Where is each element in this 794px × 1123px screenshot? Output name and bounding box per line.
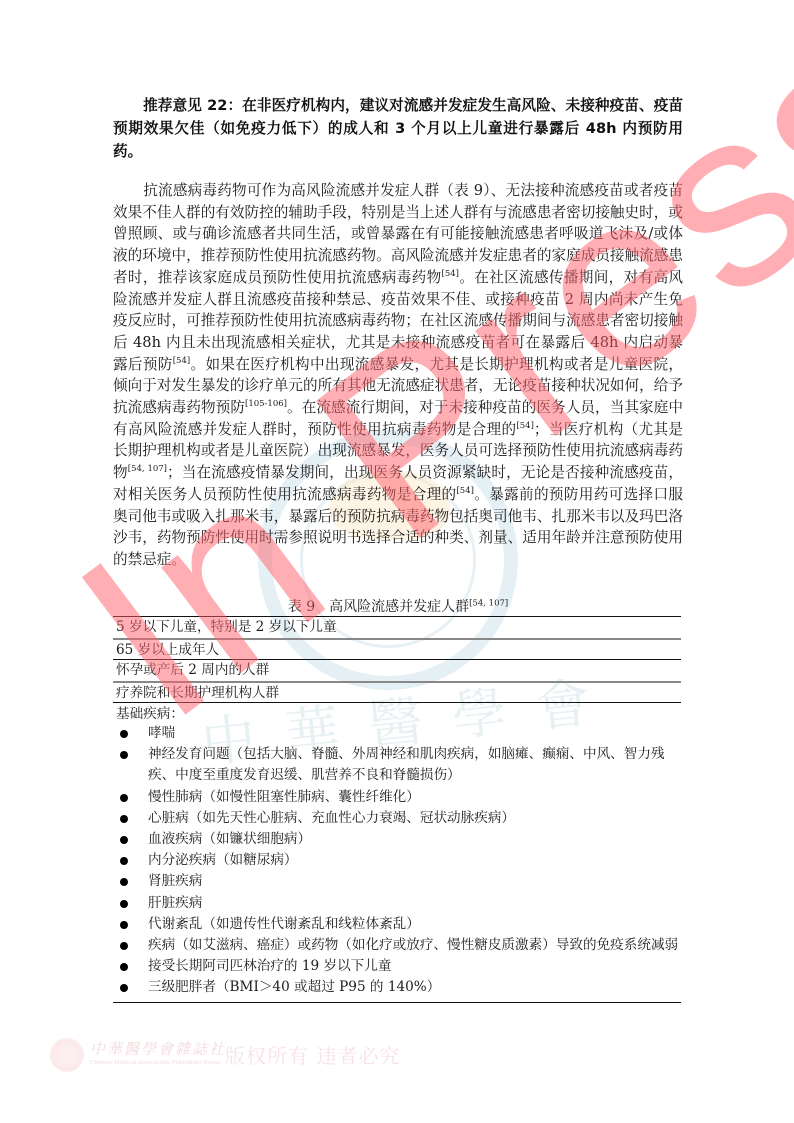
- publisher-footer: 中華醫學會雜誌社 Chinese Medical Association Pub…: [50, 1036, 350, 1076]
- publisher-name-en: Chinese Medical Association Publishing H…: [90, 1060, 221, 1066]
- list-item: 三级肥胖者（BMI＞40 或超过 P95 的 140%）: [113, 977, 681, 998]
- conditions-header: 基础疾病：: [113, 703, 681, 723]
- list-item-text: 心脏病（如先天性心脏病、充血性心力衰竭、冠状动脉疾病）: [148, 810, 515, 826]
- citation-ref: [54, 107]: [128, 464, 167, 474]
- bullet-icon: [120, 794, 128, 802]
- citation-ref: [54]: [516, 421, 533, 431]
- list-item-text: 疾病（如艾滋病、癌症）或药物（如化疗或放疗、慢性糖皮质激素）导致的免疫系统减弱: [148, 937, 678, 953]
- bullet-icon: [120, 878, 128, 886]
- list-item: 内分泌疾病（如糖尿病）: [113, 850, 681, 871]
- conditions-list: 哮喘 神经发育问题（包括大脑、脊髓、外周神经和肌肉疾病，如脑瘫、癫痫、中风、智力…: [113, 723, 681, 999]
- list-item-text: 哮喘: [148, 725, 175, 741]
- table-bottom-rule: [113, 1002, 681, 1003]
- bullet-icon: [120, 900, 128, 908]
- list-item-text: 接受长期阿司匹林治疗的 19 岁以下儿童: [148, 958, 391, 974]
- list-item: 疾病（如艾滋病、癌症）或药物（如化疗或放疗、慢性糖皮质激素）导致的免疫系统减弱: [113, 935, 681, 956]
- bullet-icon: [120, 836, 128, 844]
- list-item: 肾脏疾病: [113, 871, 681, 892]
- table-row: 5 岁以下儿童，特别是 2 岁以下儿童: [113, 616, 681, 638]
- list-item: 神经发育问题（包括大脑、脊髓、外周神经和肌肉疾病，如脑瘫、癫痫、中风、智力残疾、…: [113, 744, 681, 786]
- list-item-text: 肾脏疾病: [148, 873, 202, 889]
- high-risk-groups-table: 5 岁以下儿童，特别是 2 岁以下儿童 65 岁以上成年人 怀孕或产后 2 周内…: [113, 616, 681, 1003]
- bullet-icon: [120, 815, 128, 823]
- table-caption-text: 表 9 高风险流感并发症人群: [288, 599, 469, 615]
- list-item: 血液疾病（如镰状细胞病）: [113, 829, 681, 850]
- list-item: 肝脏疾病: [113, 893, 681, 914]
- table-row: 怀孕或产后 2 周内的人群: [113, 659, 681, 681]
- list-item-text: 慢性肺病（如慢性阻塞性肺病、囊性纤维化）: [148, 789, 420, 805]
- list-item: 哮喘: [113, 723, 681, 744]
- table-caption: 表 9 高风险流感并发症人群[54, 107]: [113, 596, 683, 616]
- publisher-logo-icon: [50, 1038, 84, 1072]
- citation-ref: [54]: [173, 356, 190, 366]
- bullet-icon: [120, 942, 128, 950]
- bullet-icon: [120, 984, 128, 992]
- bullet-icon: [120, 963, 128, 971]
- list-item-text: 肝脏疾病: [148, 895, 202, 911]
- list-item-text: 内分泌疾病（如糖尿病）: [148, 852, 298, 868]
- copyright-notice: 版权所有 违者必究: [225, 1040, 400, 1069]
- table-row: 65 岁以上成年人: [113, 638, 681, 660]
- list-item: 心脏病（如先天性心脏病、充血性心力衰竭、冠状动脉疾病）: [113, 808, 681, 829]
- table-row: 疗养院和长期护理机构人群: [113, 681, 681, 703]
- citation-ref: [105-106]: [245, 399, 287, 409]
- list-item: 慢性肺病（如慢性阻塞性肺病、囊性纤维化）: [113, 787, 681, 808]
- list-item-text: 代谢紊乱（如遗传性代谢紊乱和线粒体紊乱）: [148, 916, 420, 932]
- bullet-icon: [120, 857, 128, 865]
- body-paragraph: 抗流感病毒药物可作为高风险流感并发症人群（表 9）、无法接种流感疫苗或者疫苗效果…: [113, 180, 683, 571]
- list-item: 代谢紊乱（如遗传性代谢紊乱和线粒体紊乱）: [113, 914, 681, 935]
- list-item-text: 血液疾病（如镰状细胞病）: [148, 831, 311, 847]
- publisher-name-cn: 中華醫學會雜誌社: [90, 1038, 226, 1059]
- recommendation-22: 推荐意见 22：在非医疗机构内，建议对流感并发症发生高风险、未接种疫苗、疫苗预期…: [113, 94, 683, 163]
- bullet-icon: [120, 921, 128, 929]
- citation-ref: [54]: [442, 269, 459, 279]
- recommendation-text: 推荐意见 22：在非医疗机构内，建议对流感并发症发生高风险、未接种疫苗、疫苗预期…: [113, 97, 683, 160]
- list-item: 接受长期阿司匹林治疗的 19 岁以下儿童: [113, 956, 681, 977]
- bullet-icon: [120, 751, 128, 759]
- list-item-text: 三级肥胖者（BMI＞40 或超过 P95 的 140%）: [148, 979, 440, 995]
- document-page: 中華醫學會 推荐意见 22：在非医疗机构内，建议对流感并发症发生高风险、未接种疫…: [0, 0, 794, 1123]
- bullet-icon: [120, 730, 128, 738]
- list-item-text: 神经发育问题（包括大脑、脊髓、外周神经和肌肉疾病，如脑瘫、癫痫、中风、智力残疾、…: [148, 746, 665, 783]
- citation-ref: [54, 107]: [469, 598, 508, 608]
- citation-ref: [54]: [456, 486, 473, 496]
